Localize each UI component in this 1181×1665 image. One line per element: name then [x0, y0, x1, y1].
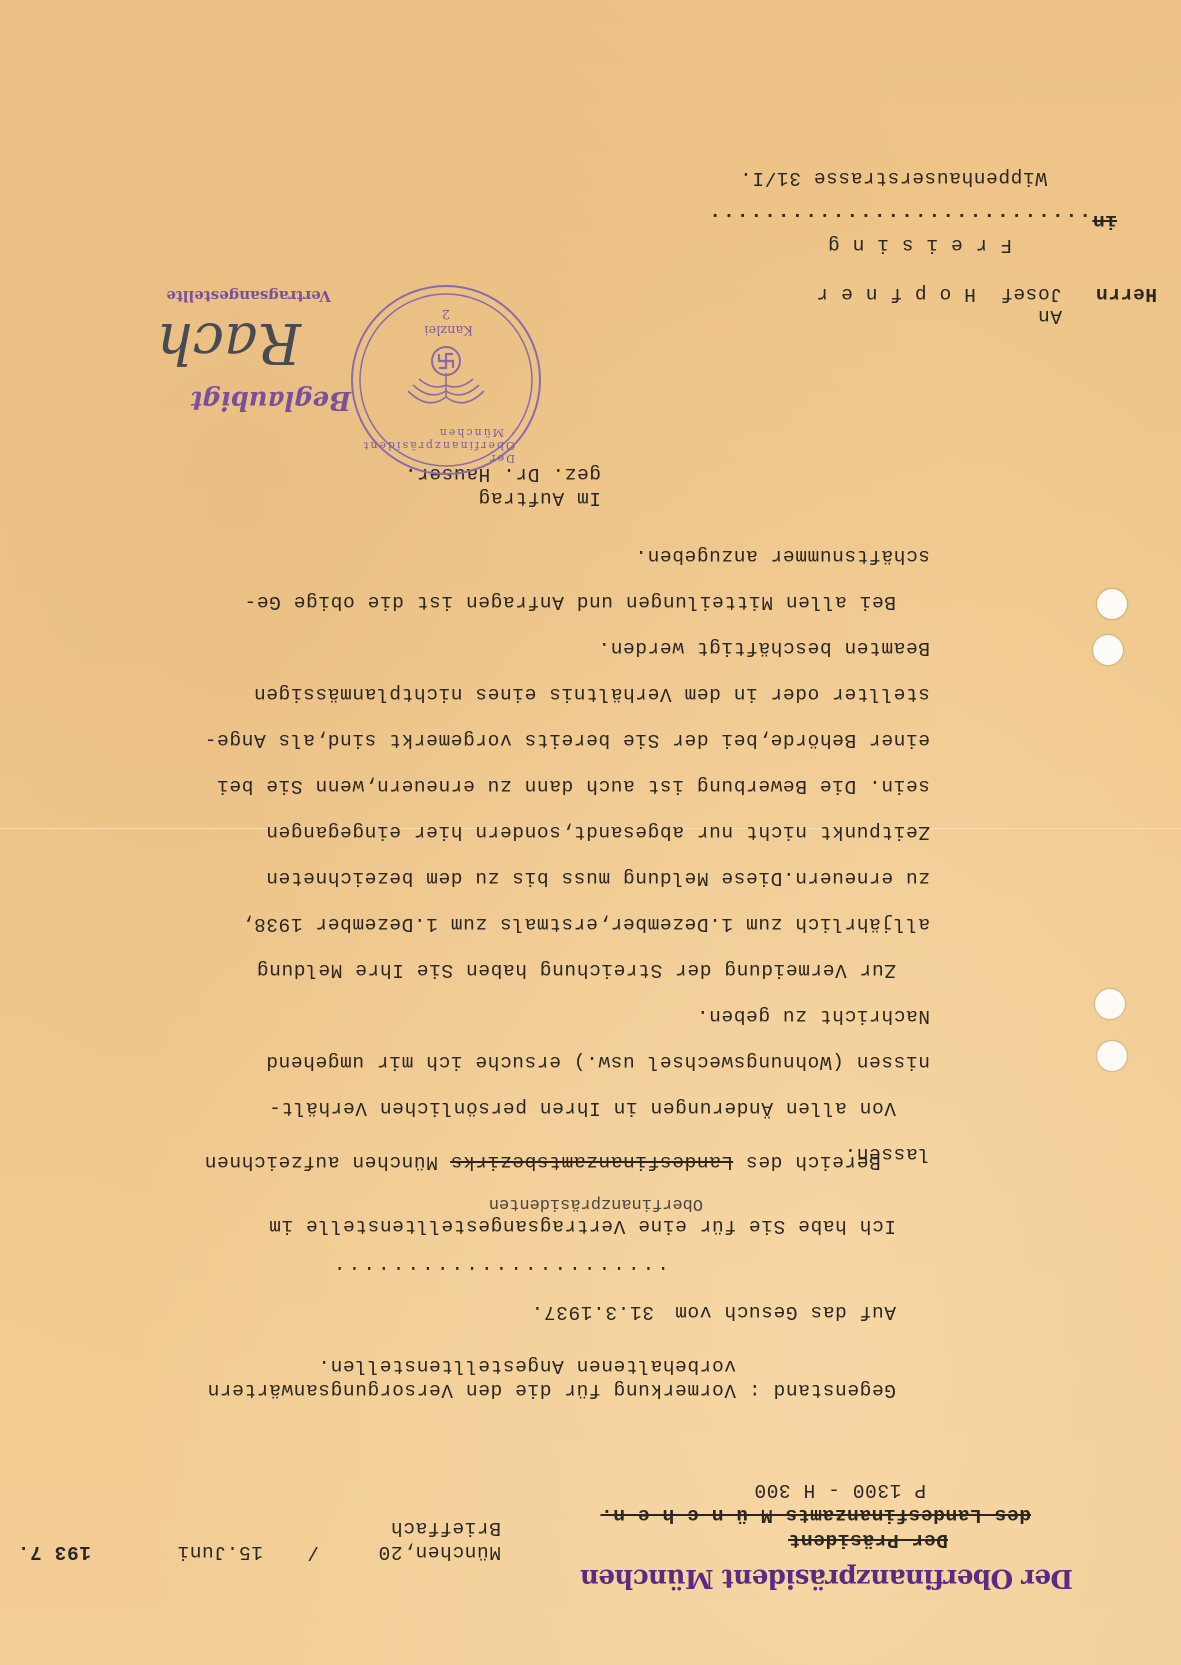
body-p3-line8: Beamten beschäftigt werden.	[598, 638, 930, 658]
punch-hole	[1097, 589, 1127, 619]
closing-on-behalf: Im Auftrag	[478, 488, 601, 508]
punch-hole	[1095, 989, 1125, 1019]
body-p3-line6: einer Behörde,bei der Sie bereits vorgem…	[204, 730, 930, 750]
date-day-month: 15.Juni	[177, 1542, 263, 1562]
recipient-struck-dots: ............................	[707, 209, 1091, 229]
body-p1-correction: Oberfinanzpräsidenten	[489, 1194, 703, 1213]
certifier-office: Vertragsangestellte	[166, 287, 331, 305]
body-p2-line2: nissen (Wohnungswechsel usw.) ersuche ic…	[266, 1052, 930, 1072]
letterhead-struck-office: des Landesfinanzamts M ü n c h e n.	[600, 1505, 1031, 1525]
recipient-salutation: Herrn	[1095, 284, 1157, 304]
letterhead-struck-president: Der Präsident	[788, 1530, 948, 1550]
punch-hole	[1097, 1041, 1127, 1071]
request-prefix: Auf das Gesuch vom	[675, 1302, 896, 1322]
punch-hole	[1093, 635, 1123, 665]
body-p3-line2: alljährlich zum 1.Dezember,erstmals zum …	[241, 914, 930, 934]
handwritten-signature: Rach	[157, 310, 301, 375]
recipient-struck-in: in	[1092, 211, 1117, 231]
recipient-street: Wippenhauserstrasse 31/I.	[739, 168, 1047, 188]
body-p3-line7: stellter oder in dem Verhältnis eines ni…	[253, 684, 930, 704]
seal-inner-line2: 2	[442, 306, 450, 321]
body-p1-line1: Ich habe Sie für eine Vertragsangestellt…	[269, 1216, 896, 1236]
recipient-prefix: An	[1037, 306, 1062, 326]
recipient-name: Josef H o p f n e r	[816, 284, 1062, 304]
dotted-line: .......................	[331, 1262, 669, 1282]
subject-line1: Vormerkung für die den Versorgungsanwärt…	[207, 1380, 736, 1400]
body-p3-line1: Zur Vermeidung der Streichung haben Sie …	[256, 960, 896, 980]
date-year: 193 7.	[17, 1542, 91, 1562]
subject-label: Gegenstand :	[748, 1380, 896, 1400]
letter-sheet: Der Oberfinanzpräsident München Der Präs…	[0, 0, 1181, 1665]
body-p1-struck-word: Landesfinanzamtsbezirks	[450, 1152, 733, 1174]
body-p3-line5: sein. Die Bewerbung ist auch dann zu ern…	[216, 776, 930, 796]
body-p1-line2: Bereich des Landesfinanzamtsbezirks Münc…	[204, 1133, 930, 1192]
body-p4-line1: Bei allen Mitteilungen und Anfragen ist …	[244, 592, 896, 612]
reference-number: P 1300 - H 300	[754, 1480, 926, 1500]
certified-label: Beglaubigt	[190, 385, 351, 415]
body-p2-line1: Von allen Änderungen in Ihren persönlich…	[269, 1098, 896, 1118]
recipient-city: F r e i s i n g	[827, 235, 1012, 255]
body-p3-line3: zu erneuern.Diese Meldung muss bis zu de…	[266, 868, 930, 888]
body-p1-line3: lassen.	[844, 1144, 930, 1164]
place-mailbox: Brieffach	[390, 1518, 501, 1538]
seal-inner-line1: Kanzlei	[424, 322, 473, 337]
subject-line2: vorbehaltenen Angestelltenstellen.	[318, 1356, 736, 1376]
body-p1-line2-suffix: München aufzeichnen	[204, 1152, 450, 1174]
place-city: München,20	[378, 1542, 501, 1562]
seal-ring-text: Der Oberfinanzpräsident · München	[353, 426, 515, 465]
body-p2-line3: Nachricht zu geben.	[696, 1006, 930, 1026]
request-date: 31.3.1937.	[531, 1302, 654, 1322]
date-separator: /	[307, 1542, 319, 1562]
body-p4-line2: schäftsnummer anzugeben.	[635, 546, 930, 566]
letterhead-stamp: Der Oberfinanzpräsident München	[580, 1563, 1073, 1593]
official-seal: Der Oberfinanzpräsident · München Kanzle…	[351, 285, 541, 475]
body-p3-line4: Zeitpunkt nicht nur abgesandt,sondern hi…	[266, 822, 930, 842]
